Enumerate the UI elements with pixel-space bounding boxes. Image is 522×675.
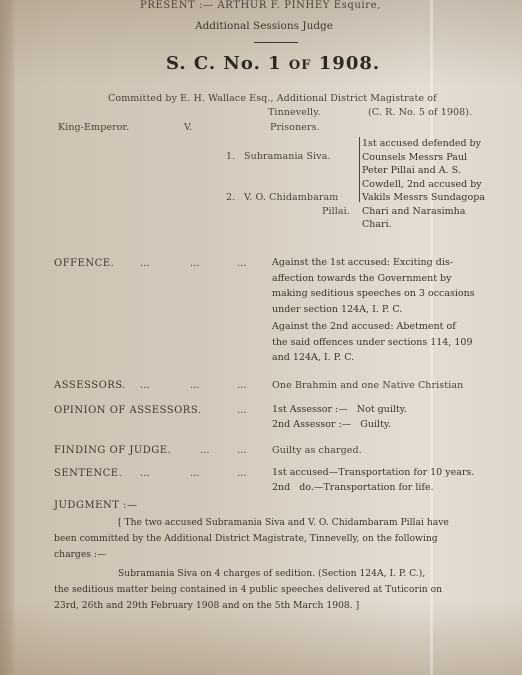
case-year: 1908.: [319, 53, 380, 74]
prisoner-2-number: 2.: [226, 192, 235, 203]
header-divider: [254, 42, 298, 43]
leader-dots: ...: [237, 468, 247, 479]
opinion-text: 1st Assessor :— Not guilty. 2nd Assessor…: [272, 402, 407, 432]
offence-text: Against the 1st accused: Exciting dis- a…: [272, 255, 475, 317]
leader-dots: ...: [237, 445, 247, 456]
prosecution: King-Emperor.: [58, 122, 129, 133]
assessors-label: ASSESSORS.: [54, 380, 126, 391]
leader-dots: ...: [140, 258, 150, 269]
prisoner-1-name: Subramania Siva.: [244, 151, 331, 162]
case-number: S. C. No. 1: [166, 53, 282, 74]
case-of: OF: [289, 58, 312, 73]
leader-dots: ...: [237, 405, 247, 416]
counsel-bracket: [359, 137, 360, 202]
committal-line-2: Tinnevelly.: [268, 107, 321, 118]
judgment-para-2: Subramania Siva on 4 charges of sedition…: [54, 566, 504, 614]
leader-dots: ...: [140, 468, 150, 479]
leader-dots: ...: [140, 380, 150, 391]
leader-dots: ...: [237, 380, 247, 391]
present-line: PRESENT :— ARTHUR F. PINHEY Esquire,: [140, 0, 381, 11]
committal-ref: (C. R. No. 5 of 1908).: [368, 107, 472, 118]
case-title: S. C. No. 1 OF 1908.: [166, 53, 380, 74]
finding-label: FINDING OF JUDGE.: [54, 445, 171, 456]
prisoner-2-name: V. O. Chidambaram: [244, 192, 338, 203]
finding-text: Guilty as charged.: [272, 445, 362, 456]
offence-label: OFFENCE.: [54, 258, 114, 269]
defence-counsel: 1st accused defended by Counsels Messrs …: [362, 137, 485, 232]
prisoner-1-number: 1.: [226, 151, 235, 162]
sentence-label: SENTENCE.: [54, 468, 122, 479]
prisoner-2-name-cont: Pillai.: [322, 206, 350, 217]
judgment-para-1: [ The two accused Subramania Siva and V.…: [54, 515, 504, 563]
assessors-text: One Brahmin and one Native Christian: [272, 380, 463, 391]
judge-title: Additional Sessions Judge: [195, 20, 333, 32]
offence-text-2: Against the 2nd accused: Abetment of the…: [272, 319, 473, 366]
leader-dots: ...: [200, 445, 210, 456]
opinion-label: OPINION OF ASSESSORS.: [54, 405, 202, 416]
prisoners-label: Prisoners.: [270, 122, 320, 133]
versus: V.: [184, 122, 192, 133]
leader-dots: ...: [190, 258, 200, 269]
sentence-text: 1st accused—Transportation for 10 years.…: [272, 465, 474, 495]
leader-dots: ...: [237, 258, 247, 269]
committal-line-1: Committed by E. H. Wallace Esq., Additio…: [108, 93, 437, 104]
leader-dots: ...: [190, 468, 200, 479]
leader-dots: ...: [190, 380, 200, 391]
judgment-label: JUDGMENT :—: [54, 500, 137, 511]
